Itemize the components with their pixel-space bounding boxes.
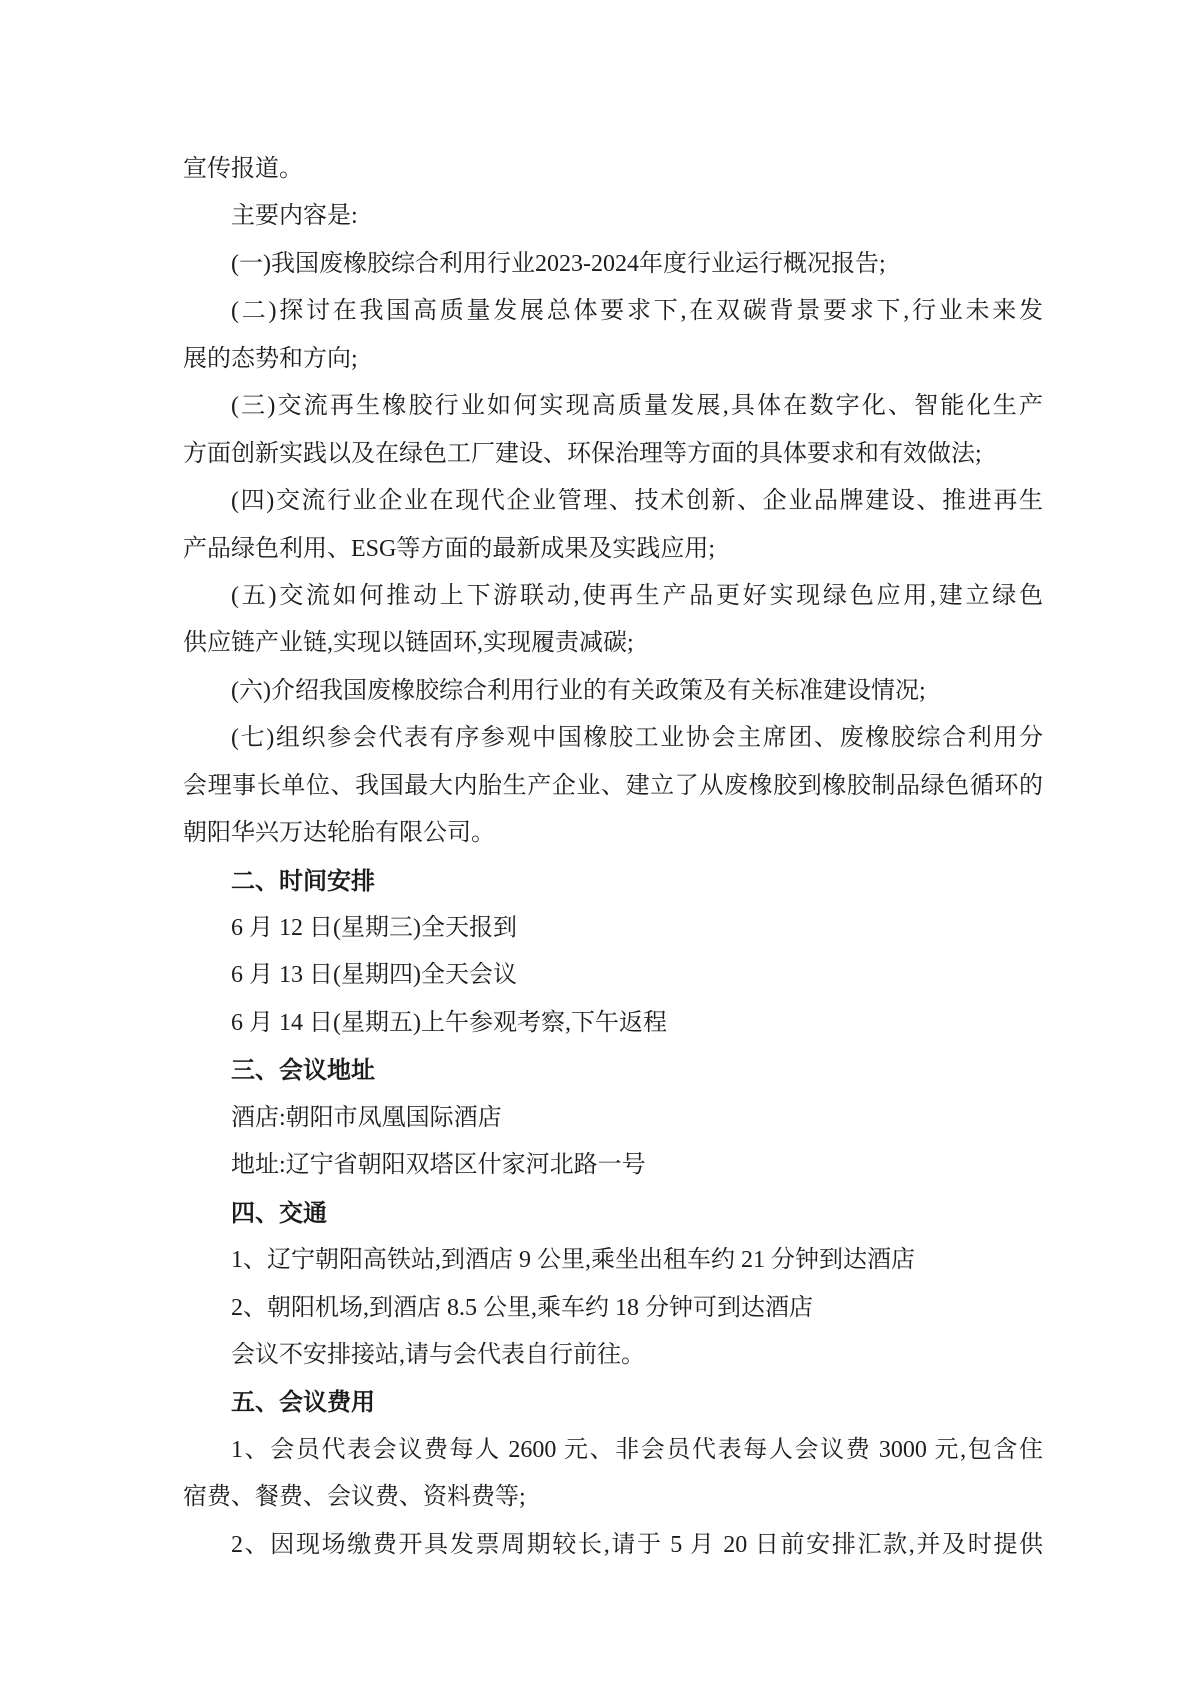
doc-line-item-5: (五)交流如何推动上下游联动,使再生产品更好实现绿色应用,建立绿色 [183, 573, 1043, 620]
section-heading-fees: 五、会议费用 [183, 1379, 1043, 1426]
doc-line-main-content-intro: 主要内容是: [183, 193, 1043, 240]
doc-line-fee-1: 1、会员代表会议费每人 2600 元、非会员代表每人会议费 3000 元,包含住 [183, 1427, 1043, 1474]
doc-line-transport-airport: 2、朝阳机场,到酒店 8.5 公里,乘车约 18 分钟可到达酒店 [183, 1285, 1043, 1332]
doc-line-address: 地址:辽宁省朝阳双塔区什家河北路一号 [183, 1142, 1043, 1189]
doc-line-transport-train: 1、辽宁朝阳高铁站,到酒店 9 公里,乘坐出租车约 21 分钟到达酒店 [183, 1237, 1043, 1284]
doc-line-item-3: (三)交流再生橡胶行业如何实现高质量发展,具体在数字化、智能化生产 [183, 383, 1043, 430]
doc-line-item-6: (六)介绍我国废橡胶综合利用行业的有关政策及有关标准建设情况; [183, 668, 1043, 715]
doc-line-schedule-jun13: 6 月 13 日(星期四)全天会议 [183, 952, 1043, 999]
doc-line-hotel: 酒店:朝阳市凤凰国际酒店 [183, 1095, 1043, 1142]
doc-line-item-7: (七)组织参会代表有序参观中国橡胶工业协会主席团、废橡胶综合利用分 [183, 715, 1043, 762]
document-page: 宣传报道。 主要内容是: (一)我国废橡胶综合利用行业2023-2024年度行业… [0, 0, 1200, 1696]
document-body: 宣传报道。 主要内容是: (一)我国废橡胶综合利用行业2023-2024年度行业… [183, 146, 1043, 1569]
doc-line-fee-1-cont: 宿费、餐费、会议费、资料费等; [183, 1474, 1043, 1521]
doc-line-transport-note: 会议不安排接站,请与会代表自行前往。 [183, 1332, 1043, 1379]
doc-line-item-2-cont: 展的态势和方向; [183, 336, 1043, 383]
doc-line-fee-2: 2、因现场缴费开具发票周期较长,请于 5 月 20 日前安排汇款,并及时提供 [183, 1522, 1043, 1569]
section-heading-time-schedule: 二、时间安排 [183, 858, 1043, 905]
doc-line-item-4-cont: 产品绿色利用、ESG等方面的最新成果及实践应用; [183, 526, 1043, 573]
doc-line-item-4: (四)交流行业企业在现代企业管理、技术创新、企业品牌建设、推进再生 [183, 478, 1043, 525]
section-heading-transportation: 四、交通 [183, 1190, 1043, 1237]
doc-line-item-5-cont: 供应链产业链,实现以链固环,实现履责减碳; [183, 620, 1043, 667]
doc-line-item-1: (一)我国废橡胶综合利用行业2023-2024年度行业运行概况报告; [183, 241, 1043, 288]
doc-line-item-2: (二)探讨在我国高质量发展总体要求下,在双碳背景要求下,行业未来发 [183, 288, 1043, 335]
doc-line-item-7-cont: 会理事长单位、我国最大内胎生产企业、建立了从废橡胶到橡胶制品绿色循环的 [183, 763, 1043, 810]
doc-line-item-3-cont: 方面创新实践以及在绿色工厂建设、环保治理等方面的具体要求和有效做法; [183, 431, 1043, 478]
doc-line-schedule-jun14: 6 月 14 日(星期五)上午参观考察,下午返程 [183, 1000, 1043, 1047]
section-heading-venue: 三、会议地址 [183, 1047, 1043, 1094]
doc-line-schedule-jun12: 6 月 12 日(星期三)全天报到 [183, 905, 1043, 952]
doc-line-item-7-cont2: 朝阳华兴万达轮胎有限公司。 [183, 810, 1043, 857]
paragraph-continuation-line: 宣传报道。 [183, 146, 1043, 193]
